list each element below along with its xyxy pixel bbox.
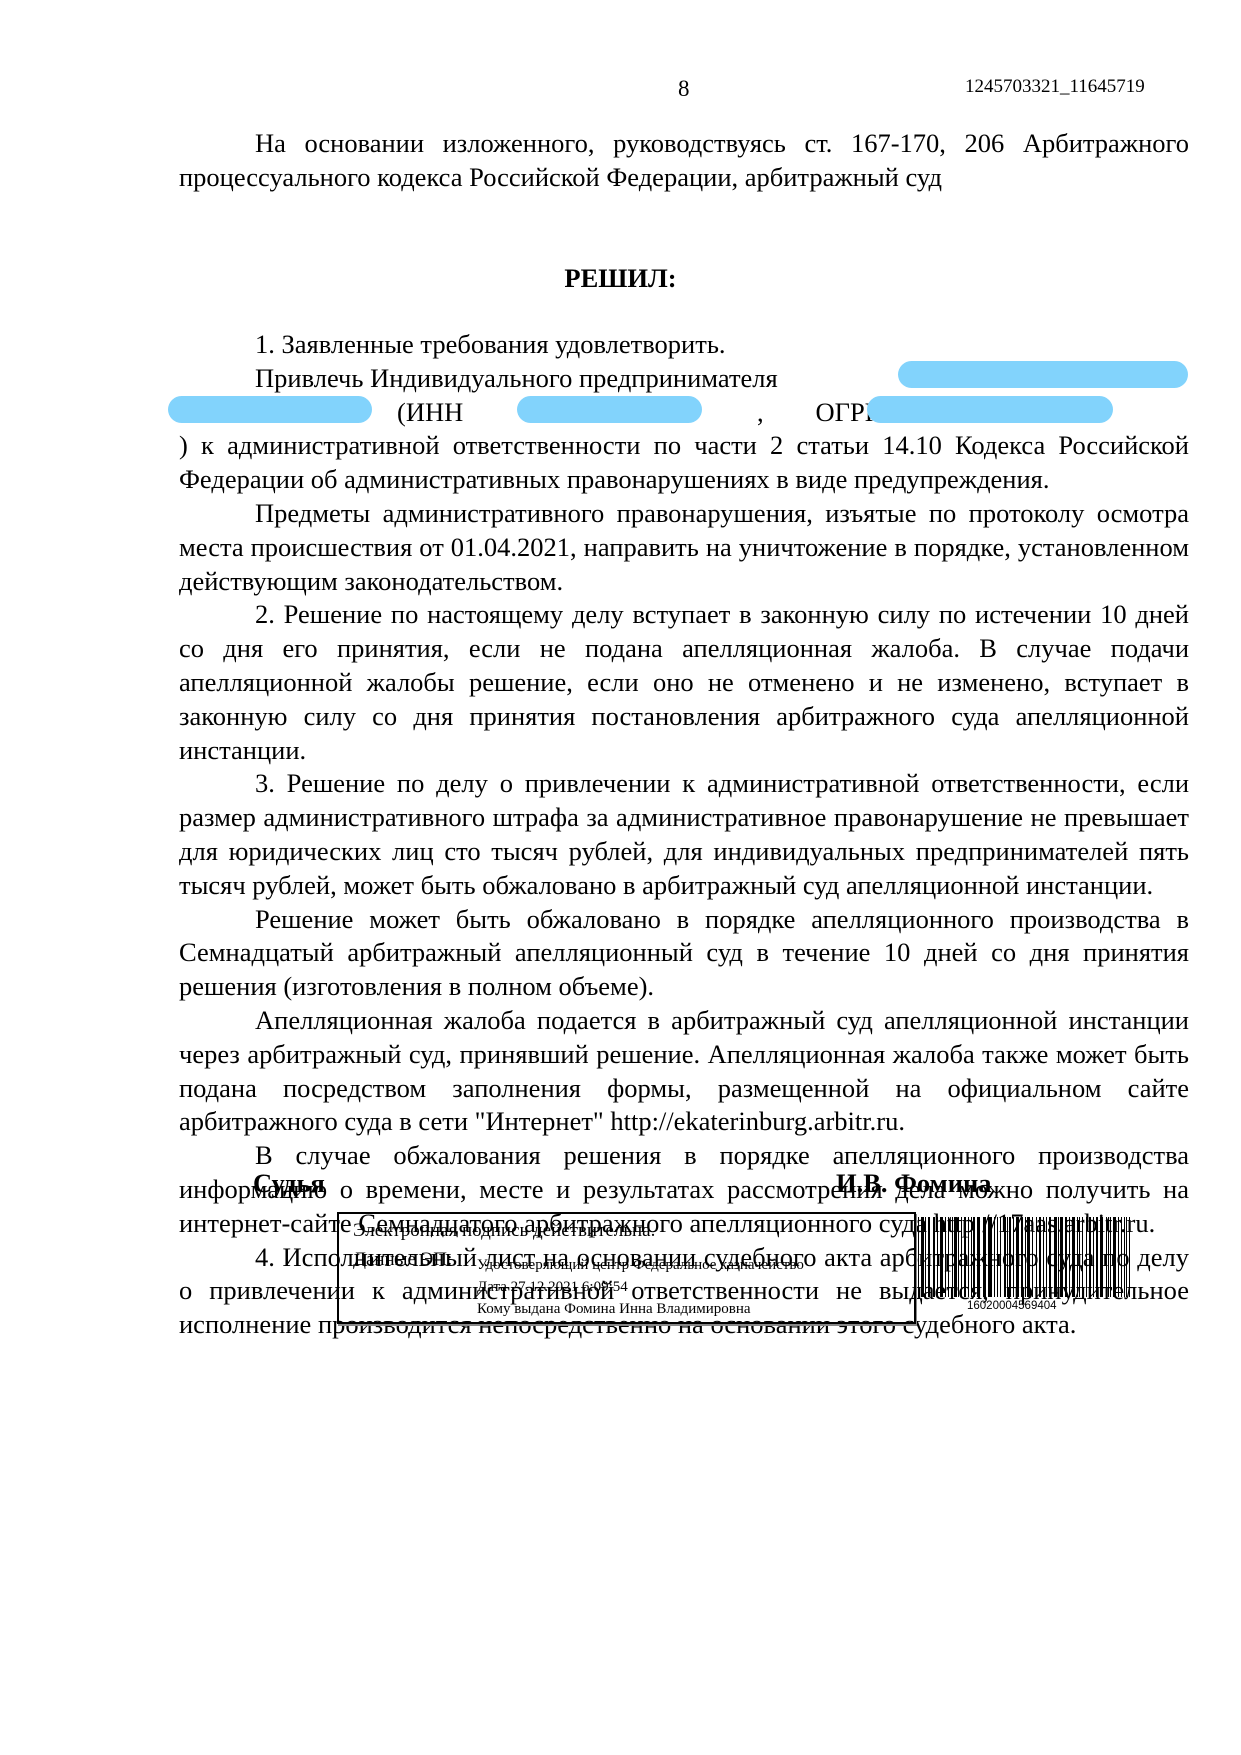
electronic-signature-stamp: Электронная подпись действительна. Данны…: [337, 1212, 916, 1324]
document-id: 1245703321_11645719: [965, 76, 1145, 98]
page-number: 8: [678, 76, 690, 102]
paragraph-3: Предметы административного правонарушени…: [179, 497, 1189, 598]
signature-data-label: Данные ЭП:: [353, 1249, 452, 1271]
signature-status: Электронная подпись действительна.: [353, 1220, 655, 1242]
paragraph-4: 2. Решение по настоящему делу вступает в…: [179, 598, 1189, 767]
paragraph-1: 1. Заявленные требования удовлетворить.: [179, 328, 1189, 362]
judge-title: Судья: [253, 1168, 325, 1199]
redaction-name-part1: [898, 361, 1188, 388]
inn-label: (ИНН: [397, 397, 463, 427]
barcode-icon: [918, 1217, 1133, 1297]
paragraph-7: Апелляционная жалоба подается в арбитраж…: [179, 1004, 1189, 1139]
paragraph-5: 3. Решение по делу о привлечении к админ…: [179, 767, 1189, 902]
redaction-name-part2: [168, 396, 372, 423]
intro-paragraph: На основании изложенного, руководствуясь…: [179, 127, 1189, 195]
signature-issuer: Удостоверяющий центр Федеральное казначе…: [477, 1254, 804, 1276]
signature-date: Дата 27.12.2021 6:09:54: [477, 1276, 804, 1298]
signature-details: Удостоверяющий центр Федеральное казначе…: [477, 1254, 804, 1320]
decision-heading: РЕШИЛ:: [0, 263, 1241, 294]
intro-text: На основании изложенного, руководствуясь…: [179, 127, 1189, 195]
paragraph-2-rest: ) к административной ответственности по …: [179, 429, 1189, 497]
redaction-inn: [517, 396, 702, 423]
decision-body: 1. Заявленные требования удовлетворить. …: [179, 328, 1189, 1342]
signature-issued-to: Кому выдана Фомина Инна Владимировна: [477, 1298, 804, 1320]
redaction-ogrnip: [867, 396, 1113, 423]
judge-name: И.В. Фомина: [836, 1168, 992, 1199]
barcode-number: 16020004569404: [967, 1300, 1057, 1312]
paragraph-6: Решение может быть обжаловано в порядке …: [179, 903, 1189, 1004]
